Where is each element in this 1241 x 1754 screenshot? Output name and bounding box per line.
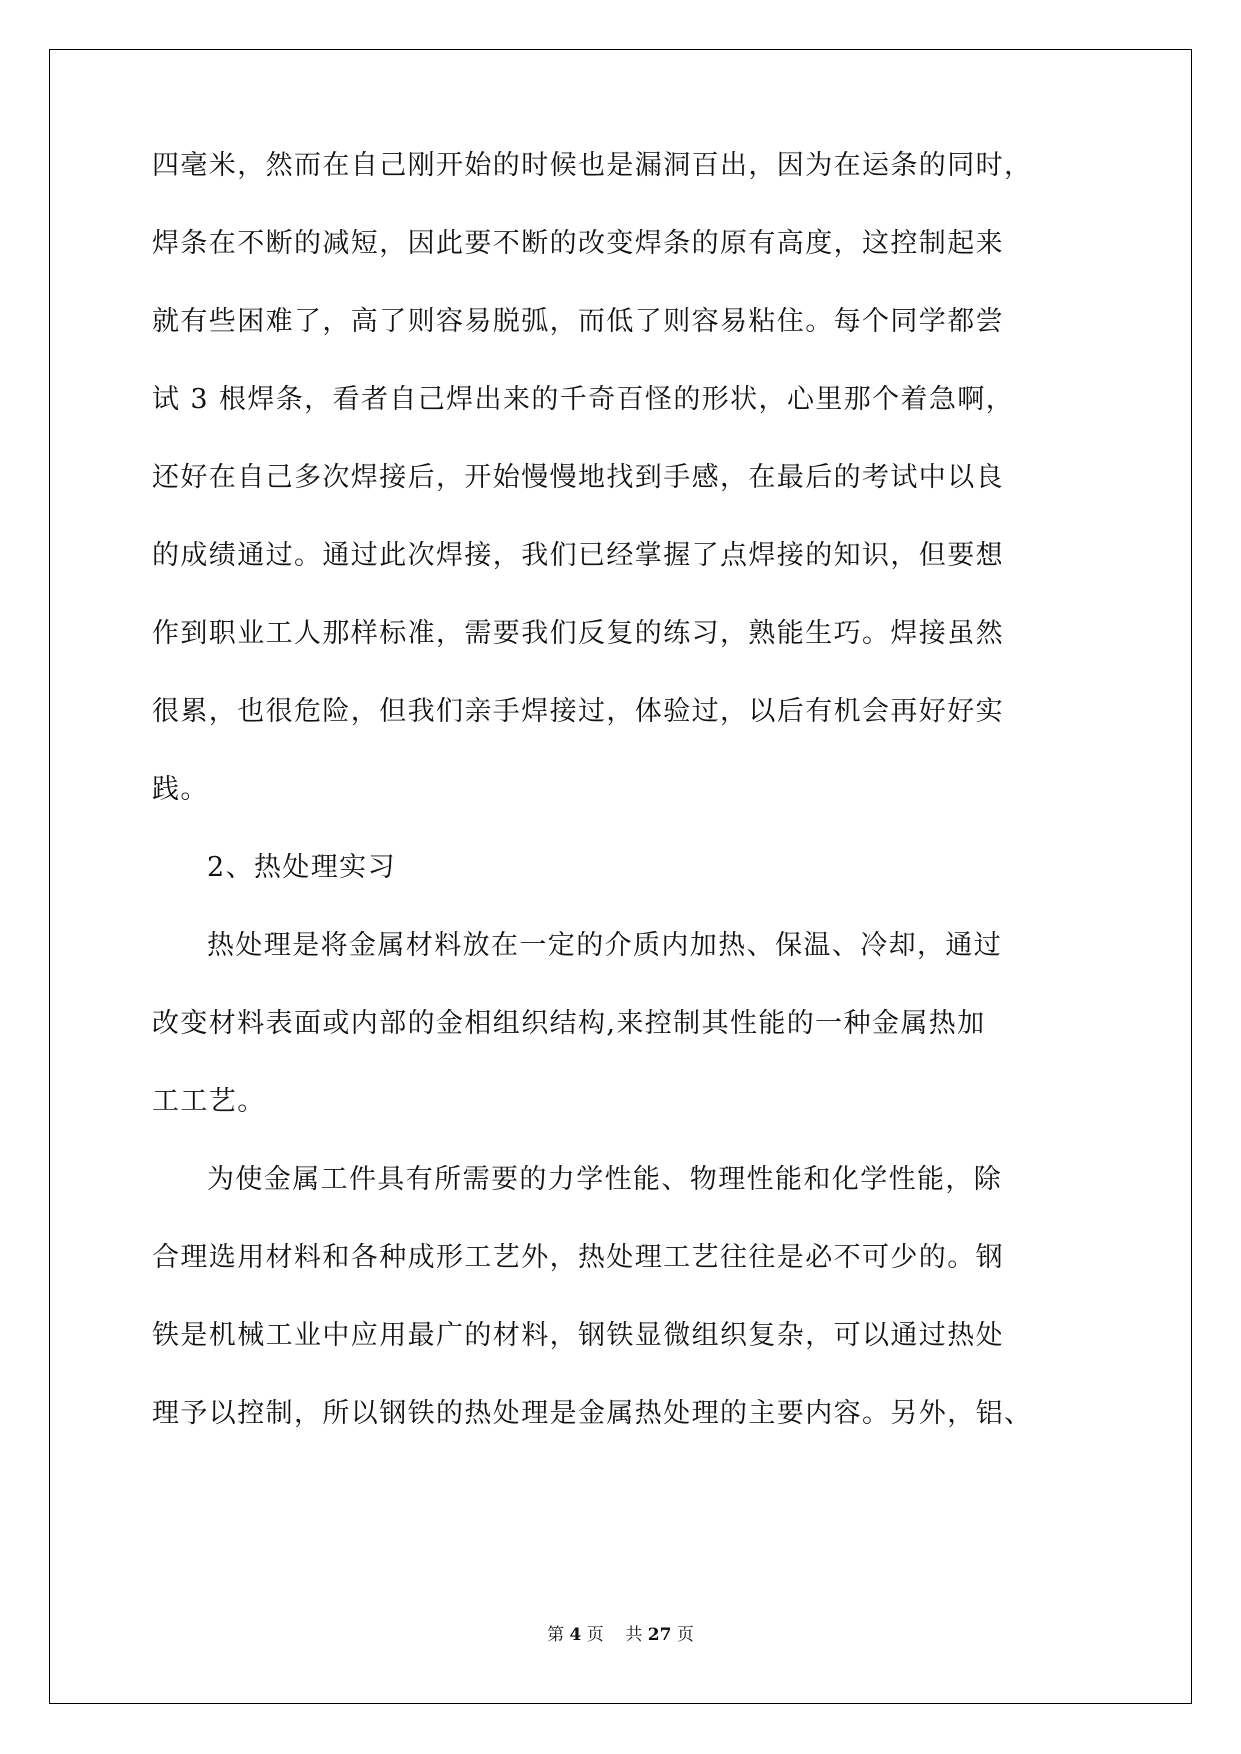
text-line: 改变材料表面或内部的金相组织结构,来控制其性能的一种金属热加 xyxy=(152,1008,986,1040)
text-line: 很累，也很危险，但我们亲手焊接过，体验过，以后有机会再好好实 xyxy=(152,696,1004,728)
footer-total-prefix: 共 xyxy=(625,1625,642,1645)
text-line: 铁是机械工业中应用最广的材料，钢铁显微组织复杂，可以通过热处 xyxy=(152,1320,1004,1352)
text-line: 四毫米，然而在自己刚开始的时候也是漏洞百出，因为在运条的同时， xyxy=(152,150,1032,182)
current-page-number: 4 xyxy=(570,1625,582,1645)
text-line: 为使金属工件具有所需要的力学性能、物理性能和化学性能，除 xyxy=(207,1164,1002,1196)
text-line: 试 3 根焊条，看者自己焊出来的千奇百怪的形状，心里那个着急啊， xyxy=(152,384,1014,416)
text-line: 工工艺。 xyxy=(152,1086,266,1118)
text-line: 就有些困难了，高了则容易脱弧，而低了则容易粘住。每个同学都尝 xyxy=(152,306,1004,338)
footer-total-label: 页 xyxy=(677,1625,694,1645)
total-pages-number: 27 xyxy=(648,1625,672,1645)
text-line: 作到职业工人那样标准，需要我们反复的练习，熟能生巧。焊接虽然 xyxy=(152,618,1004,650)
footer-page-label: 页 xyxy=(587,1625,604,1645)
section-heading: 2、热处理实习 xyxy=(207,852,396,884)
text-line: 理予以控制，所以钢铁的热处理是金属热处理的主要内容。另外，铝、 xyxy=(152,1398,1032,1430)
text-line: 合理选用材料和各种成形工艺外，热处理工艺往往是必不可少的。钢 xyxy=(152,1242,1004,1274)
text-line: 还好在自己多次焊接后，开始慢慢地找到手感，在最后的考试中以良 xyxy=(152,462,1004,494)
text-line: 热处理是将金属材料放在一定的介质内加热、保温、冷却，通过 xyxy=(207,930,1002,962)
text-line: 的成绩通过。通过此次焊接，我们已经掌握了点焊接的知识，但要想 xyxy=(152,540,1004,572)
page-footer: 第 4 页 共 27 页 xyxy=(0,1620,1241,1645)
text-line: 践。 xyxy=(152,774,209,806)
footer-prefix: 第 xyxy=(547,1625,564,1645)
text-line: 焊条在不断的减短，因此要不断的改变焊条的原有高度，这控制起来 xyxy=(152,228,1004,260)
